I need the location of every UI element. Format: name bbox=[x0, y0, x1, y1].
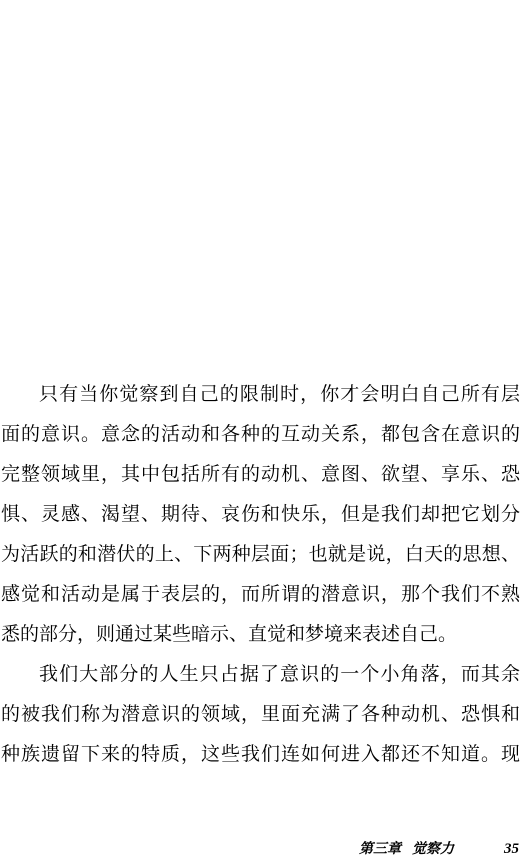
book-page: 只有当你觉察到自己的限制时，你才会明白自己所有层 面的意识。意念的活动和各种的互… bbox=[0, 0, 521, 860]
text-line: 种族遗留下来的特质，这些我们连如何进入都还不知道。现 bbox=[1, 735, 520, 775]
text-line: 面的意识。意念的活动和各种的互动关系，都包含在意识的 bbox=[1, 415, 520, 455]
section-title: 觉察力 bbox=[412, 841, 454, 859]
text-line: 为活跃的和潜伏的上、下两种层面；也就是说，白天的思想、 bbox=[1, 535, 520, 575]
text-line: 惧、灵感、渴望、期待、哀伤和快乐，但是我们却把它划分 bbox=[1, 495, 520, 535]
text-line: 感觉和活动是属于表层的，而所谓的潜意识，那个我们不熟 bbox=[1, 575, 520, 615]
text-line: 完整领域里，其中包括所有的动机、意图、欲望、享乐、恐 bbox=[1, 455, 520, 495]
body-text-block: 只有当你觉察到自己的限制时，你才会明白自己所有层 面的意识。意念的活动和各种的互… bbox=[1, 375, 520, 775]
chapter-label: 第三章 bbox=[359, 841, 401, 859]
text-line: 只有当你觉察到自己的限制时，你才会明白自己所有层 bbox=[1, 375, 520, 415]
text-line: 的被我们称为潜意识的领域，里面充满了各种动机、恐惧和 bbox=[1, 695, 520, 735]
page-number: 35 bbox=[504, 840, 519, 858]
text-line: 悉的部分，则通过某些暗示、直觉和梦境来表述自己。 bbox=[1, 615, 520, 655]
text-line: 我们大部分的人生只占据了意识的一个小角落，而其余 bbox=[1, 655, 520, 695]
page-footer: 第三章 觉察力 35 bbox=[359, 840, 519, 858]
